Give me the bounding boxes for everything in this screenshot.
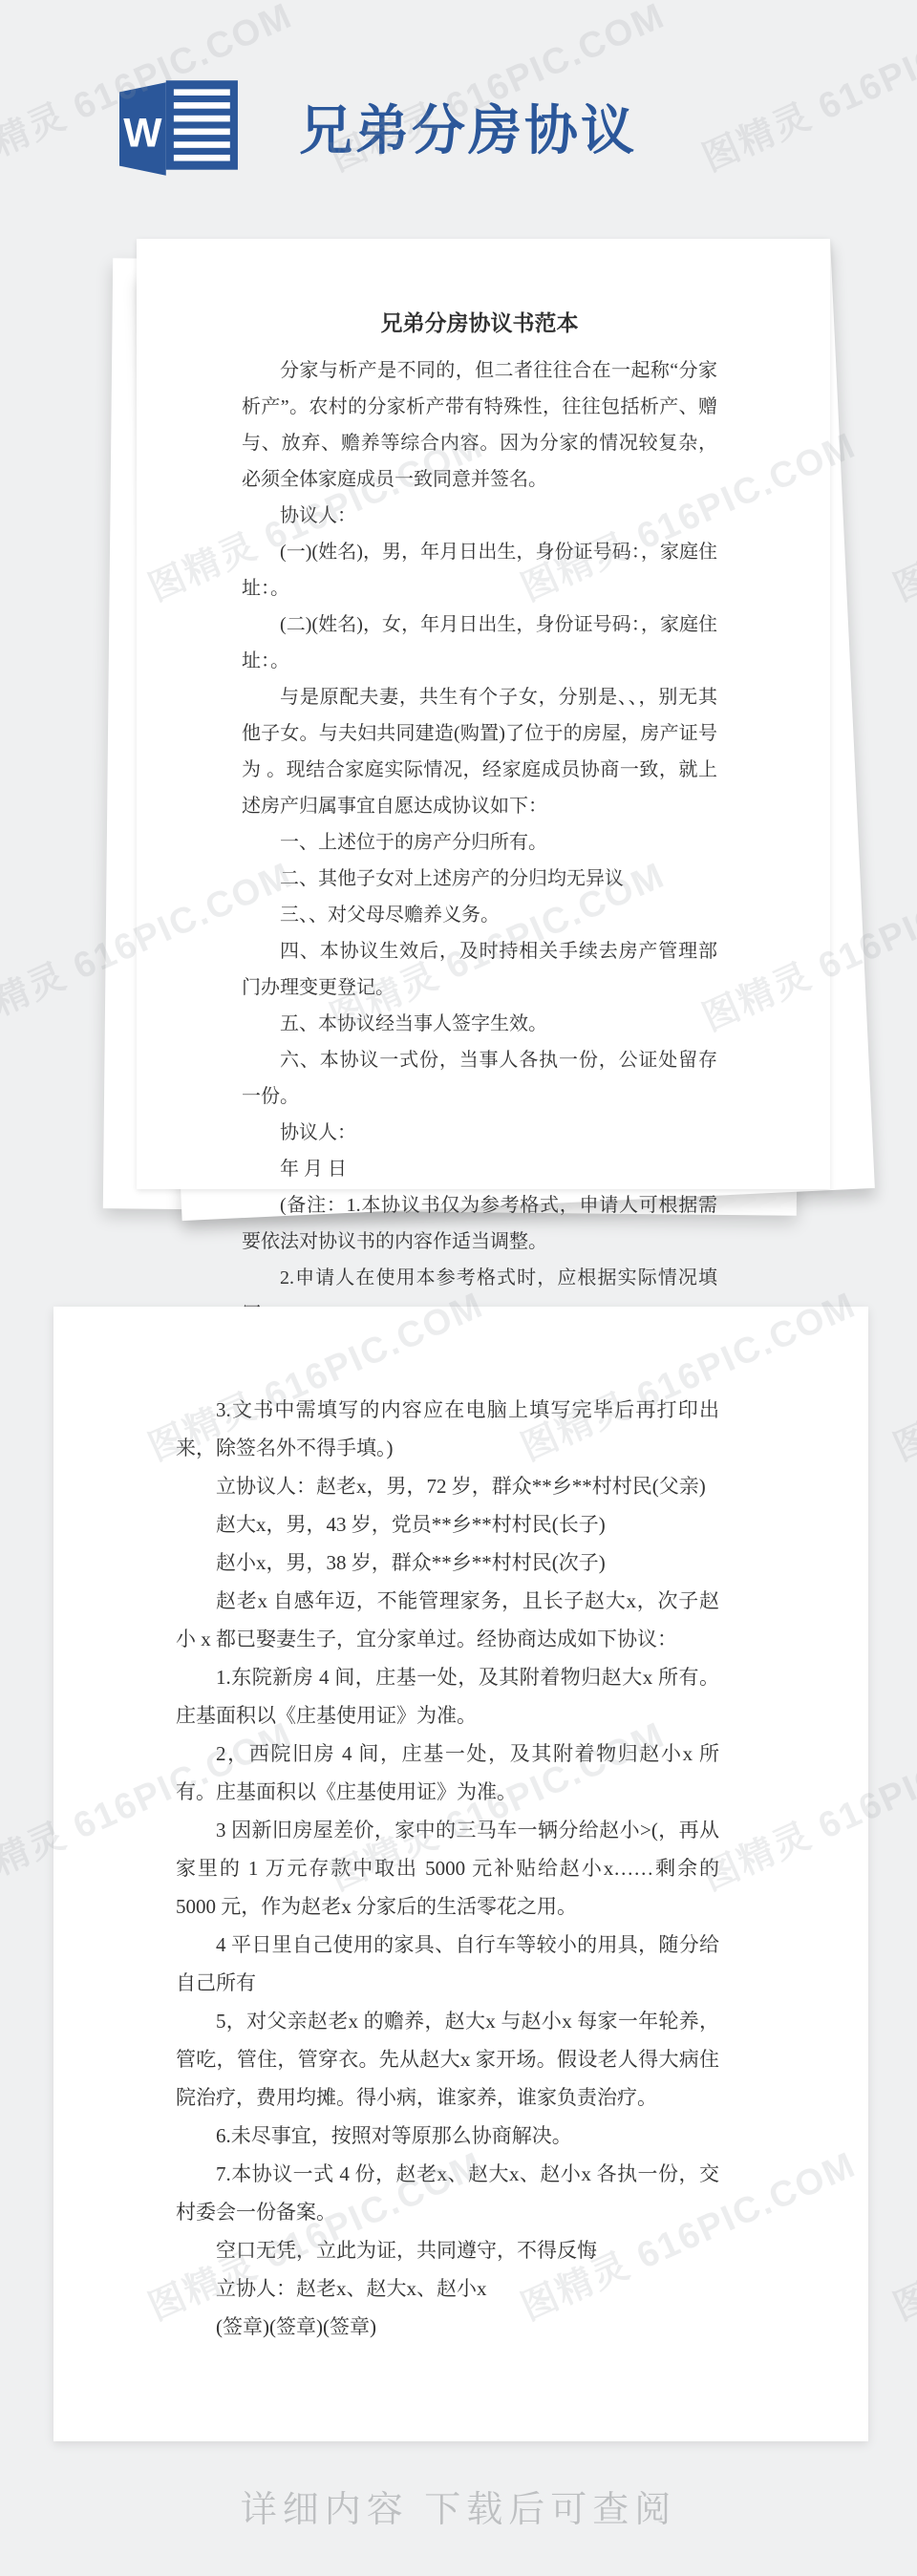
word-w-letter: W [123, 110, 162, 156]
header: W 兄弟分房协议 [119, 76, 637, 178]
paragraph: (签章)(签章)(签章) [176, 2308, 719, 2346]
paragraph: 3.文书中需填写的内容应在电脑上填写完毕后再打印出来，除签名外不得手填。) [176, 1391, 719, 1467]
paragraph: 4 平日里自己使用的家具、自行车等较小的用具，随分给自己所有 [176, 1926, 719, 2002]
paragraph: 四、本协议生效后，及时持相关手续去房产管理部门办理变更登记。 [242, 933, 717, 1006]
paragraph: (一)(姓名)，男，年月日出生，身份证号码：，家庭住址：。 [242, 534, 717, 607]
paragraph: 7.本协议一式 4 份，赵老x、赵大x、赵小x 各执一份，交村委会一份备案。 [176, 2155, 719, 2231]
paragraph: 二、其他子女对上述房产的分归均无异议 [242, 861, 717, 897]
paragraph: (备注：1.本协议书仅为参考格式，申请人可根据需要依法对协议书的内容作适当调整。 [242, 1187, 717, 1260]
paragraph: 三、、对父母尽赡养义务。 [242, 897, 717, 933]
document-body-page-2: 3.文书中需填写的内容应在电脑上填写完毕后再打印出来，除签名外不得手填。)立协议… [176, 1391, 719, 2346]
watermark-text: 图精灵 616PIC.COM [884, 2135, 917, 2330]
paragraph: 六、本协议一式份，当事人各执一份，公证处留存一份。 [242, 1042, 717, 1115]
paragraph: 年 月 日 [242, 1151, 717, 1187]
paragraph: 2，西院旧房 4 间，庄基一处，及其附着物归赵小x 所有。庄基面积以《庄基使用证… [176, 1735, 719, 1811]
paragraph: 协议人： [242, 1115, 717, 1151]
page-background: W 兄弟分房协议 兄弟分房协议书范本 分家与析产是不同的，但二者往往合在一起称“… [0, 0, 917, 2576]
watermark-text: 图精灵 616PIC.COM [693, 0, 917, 181]
word-icon: W [119, 76, 242, 178]
document-body-page-1: 分家与析产是不同的，但二者往往合在一起称“分家析产”。农村的分家析产带有特殊性，… [242, 352, 717, 1332]
paragraph: 与是原配夫妻，共生有个子女，分别是、、，别无其他子女。与夫妇共同建造(购置)了位… [242, 679, 717, 824]
paper-sheet-page-2: 3.文书中需填写的内容应在电脑上填写完毕后再打印出来，除签名外不得手填。)立协议… [53, 1307, 868, 2441]
download-notice: 详细内容 下载后可查阅 [0, 2480, 917, 2532]
paragraph: 赵老x 自感年迈，不能管理家务，且长子赵大x，次子赵小 x 都已娶妻生子，宜分家… [176, 1582, 719, 1658]
paragraph: 立协人：赵老x、赵大x、赵小x [176, 2269, 719, 2308]
paragraph: 6.未尽事宜，按照对等原那么协商解决。 [176, 2117, 719, 2155]
paragraph: 空口无凭，立此为证，共同遵守，不得反悔 [176, 2231, 719, 2269]
paragraph: 5，对父亲赵老x 的赡养，赵大x 与赵小x 每家一年轮养，管吃，管住，管穿衣。先… [176, 2002, 719, 2117]
paragraph: 立协议人：赵老x，男，72 岁，群众**乡**村村民(父亲) [176, 1467, 719, 1505]
paragraph: 协议人： [242, 498, 717, 534]
paragraph: (二)(姓名)，女，年月日出生，身份证号码：，家庭住址：。 [242, 607, 717, 679]
paragraph: 分家与析产是不同的，但二者往往合在一起称“分家析产”。农村的分家析产带有特殊性，… [242, 352, 717, 498]
watermark-text: 图精灵 616PIC.COM [884, 415, 917, 610]
watermark-text: 图精灵 616PIC.COM [884, 1275, 917, 1470]
paragraph: 3 因新旧房屋差价，家中的三马车一辆分给赵小>(，再从家里的 1 万元存款中取出… [176, 1811, 719, 1926]
paragraph: 赵小x，男，38 岁，群众**乡**村村民(次子) [176, 1543, 719, 1582]
paragraph: 赵大x，男，43 岁，党员**乡**村村民(长子) [176, 1505, 719, 1543]
page-title: 兄弟分房协议 [299, 89, 637, 165]
document-title: 兄弟分房协议书范本 [242, 306, 717, 337]
paper-sheet-front-page-1: 兄弟分房协议书范本 分家与析产是不同的，但二者往往合在一起称“分家析产”。农村的… [137, 239, 830, 1189]
paragraph: 五、本协议经当事人签字生效。 [242, 1006, 717, 1042]
document-page-1-stack: 兄弟分房协议书范本 分家与析产是不同的，但二者往往合在一起称“分家析产”。农村的… [137, 239, 830, 1189]
paragraph: 1.东院新房 4 间，庄基一处，及其附着物归赵大x 所有。庄基面积以《庄基使用证… [176, 1658, 719, 1735]
paragraph: 一、上述位于的房产分归所有。 [242, 824, 717, 861]
